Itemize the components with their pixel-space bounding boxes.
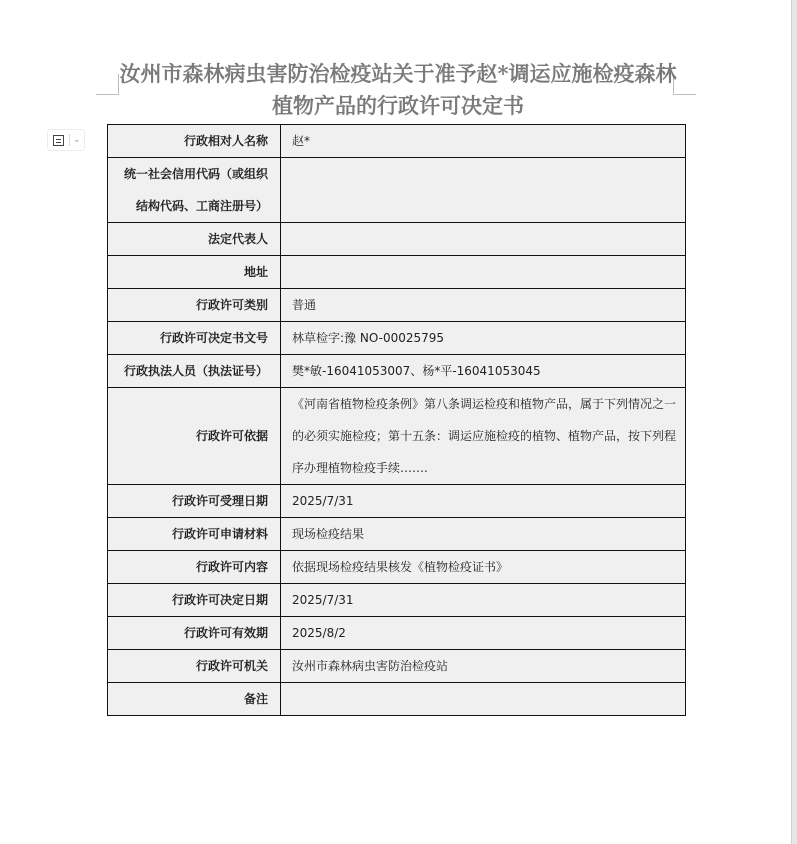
table-row: 统一社会信用代码（或组织 结构代码、工商注册号） — [108, 158, 686, 223]
value-cell[interactable]: 赵* — [281, 125, 686, 158]
value-cell[interactable] — [281, 683, 686, 716]
table-row: 行政许可申请材料 现场检疫结果 — [108, 518, 686, 551]
table-row: 法定代表人 — [108, 223, 686, 256]
label-cell: 行政许可有效期 — [108, 617, 281, 650]
document-page: 汝州市森林病虫害防治检疫站关于准予赵*调运应施检疫森林植物产品的行政许可决定书 … — [0, 0, 792, 844]
value-cell[interactable]: 2025/8/2 — [281, 617, 686, 650]
label-cell: 行政许可类别 — [108, 289, 281, 322]
document-title: 汝州市森林病虫害防治检疫站关于准予赵*调运应施检疫森林植物产品的行政许可决定书 — [110, 58, 686, 122]
table-row: 行政许可类别 普通 — [108, 289, 686, 322]
table-row: 行政许可依据 《河南省植物检疫条例》第八条调运检疫和植物产品，属于下列情况之一的… — [108, 388, 686, 485]
table-row: 备注 — [108, 683, 686, 716]
value-cell[interactable] — [281, 223, 686, 256]
label-cell: 法定代表人 — [108, 223, 281, 256]
value-cell[interactable] — [281, 158, 686, 223]
handle-divider — [69, 134, 70, 146]
table-select-icon — [53, 135, 64, 146]
label-cell: 地址 — [108, 256, 281, 289]
value-cell[interactable]: 2025/7/31 — [281, 584, 686, 617]
table-row: 行政许可内容 依据现场检疫结果核发《植物检疫证书》 — [108, 551, 686, 584]
label-cell: 行政许可受理日期 — [108, 485, 281, 518]
label-cell: 行政许可机关 — [108, 650, 281, 683]
vertical-scrollbar[interactable] — [791, 0, 797, 844]
table-row: 行政许可有效期 2025/8/2 — [108, 617, 686, 650]
label-cell: 行政许可决定书文号 — [108, 322, 281, 355]
value-cell[interactable] — [281, 256, 686, 289]
value-cell[interactable]: 2025/7/31 — [281, 485, 686, 518]
table-row: 地址 — [108, 256, 686, 289]
label-cell: 行政执法人员（执法证号） — [108, 355, 281, 388]
label-cell: 行政相对人名称 — [108, 125, 281, 158]
label-cell: 备注 — [108, 683, 281, 716]
label-cell: 行政许可申请材料 — [108, 518, 281, 551]
table-row: 行政许可机关 汝州市森林病虫害防治检疫站 — [108, 650, 686, 683]
label-cell: 统一社会信用代码（或组织 结构代码、工商注册号） — [108, 158, 281, 223]
label-cell: 行政许可依据 — [108, 388, 281, 485]
value-cell[interactable]: 林草检字:豫 NO-00025795 — [281, 322, 686, 355]
value-cell[interactable]: 《河南省植物检疫条例》第八条调运检疫和植物产品，属于下列情况之一的必须实施检疫；… — [281, 388, 686, 485]
permit-table: 行政相对人名称 赵* 统一社会信用代码（或组织 结构代码、工商注册号） 法定代表… — [107, 124, 686, 716]
label-cell: 行政许可决定日期 — [108, 584, 281, 617]
value-cell[interactable]: 依据现场检疫结果核发《植物检疫证书》 — [281, 551, 686, 584]
table-row: 行政许可受理日期 2025/7/31 — [108, 485, 686, 518]
table-row: 行政许可决定书文号 林草检字:豫 NO-00025795 — [108, 322, 686, 355]
table-row: 行政许可决定日期 2025/7/31 — [108, 584, 686, 617]
value-cell[interactable]: 现场检疫结果 — [281, 518, 686, 551]
value-cell[interactable]: 汝州市森林病虫害防治检疫站 — [281, 650, 686, 683]
table-select-handle[interactable]: ⌄ — [47, 129, 85, 151]
label-cell: 行政许可内容 — [108, 551, 281, 584]
table-row: 行政执法人员（执法证号） 樊*敏-16041053007、杨*平-1604105… — [108, 355, 686, 388]
value-cell[interactable]: 樊*敏-16041053007、杨*平-16041053045 — [281, 355, 686, 388]
chevron-down-icon[interactable]: ⌄ — [73, 135, 81, 145]
value-cell[interactable]: 普通 — [281, 289, 686, 322]
table-row: 行政相对人名称 赵* — [108, 125, 686, 158]
